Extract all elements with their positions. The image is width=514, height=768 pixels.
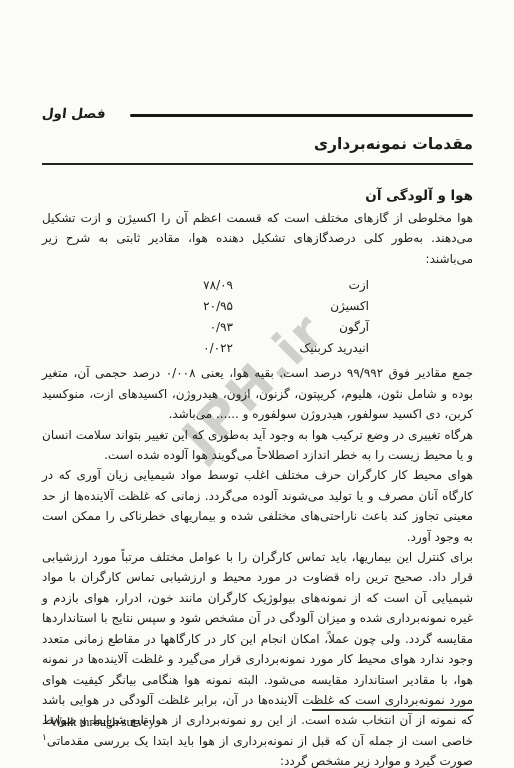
footnote-text: Walk through survey: [50, 715, 155, 729]
footnote-marker: 1: [43, 713, 48, 723]
section-heading: هوا و آلودگی آن: [42, 187, 473, 205]
title-divider-line: [42, 163, 473, 165]
chapter-label: فصل اول: [41, 106, 106, 122]
gas-value: ۰/۰۲۲: [133, 338, 233, 359]
gas-row-nitrogen: ازت ۷۸/۰۹: [42, 275, 473, 296]
paragraph-air-intro: هوا مخلوطی از گازهای مختلف است که قسمت ا…: [42, 208, 473, 269]
paragraph-exposure-control-tail: صورت گیرد و موارد زیر مشخص گردد:: [280, 754, 473, 768]
gas-value: ۰/۹۳: [133, 317, 233, 338]
gas-row-oxygen: اکسیژن ۲۰/۹۵: [42, 296, 473, 317]
chapter-header: فصل اول: [42, 104, 473, 124]
paragraph-pollution-definition: هرگاه تغییری در وضع ترکیب هوا به وجود آی…: [42, 425, 473, 466]
gas-row-carbon-dioxide: انیدرید کربنیک ۰/۰۲۲: [42, 338, 473, 359]
gas-value: ۲۰/۹۵: [133, 296, 233, 317]
gas-composition-table: ازت ۷۸/۰۹ اکسیژن ۲۰/۹۵ آرگون ۰/۹۳ انیدری…: [42, 275, 473, 358]
paragraph-exposure-control: برای کنترل این بیماریها، باید تماس کارگر…: [42, 547, 473, 768]
footnote: 1 Walk through survey: [43, 713, 155, 730]
page-title: مقدمات نمونه‌برداری: [42, 134, 473, 154]
document-page: JPH.ir فصل اول مقدمات نمونه‌برداری هوا و…: [0, 0, 514, 768]
gas-name: آرگون: [233, 317, 369, 338]
page-content: فصل اول مقدمات نمونه‌برداری هوا و آلودگی…: [42, 104, 473, 768]
gas-name: ازت: [233, 275, 369, 296]
gas-value: ۷۸/۰۹: [133, 275, 233, 296]
gas-name: اکسیژن: [233, 296, 369, 317]
paragraph-sum-of-values: جمع مقادیر فوق ۹۹/۹۹۲ درصد است. بقیه هوا…: [42, 363, 473, 424]
gas-name: انیدرید کربنیک: [233, 338, 369, 359]
gas-row-argon: آرگون ۰/۹۳: [42, 317, 473, 338]
paragraph-workplace-air: هوای محیط کار کارگران حرف مختلف اغلب توس…: [42, 465, 473, 547]
footnote-separator-line: [312, 709, 474, 711]
chapter-rule-line: [130, 114, 473, 117]
